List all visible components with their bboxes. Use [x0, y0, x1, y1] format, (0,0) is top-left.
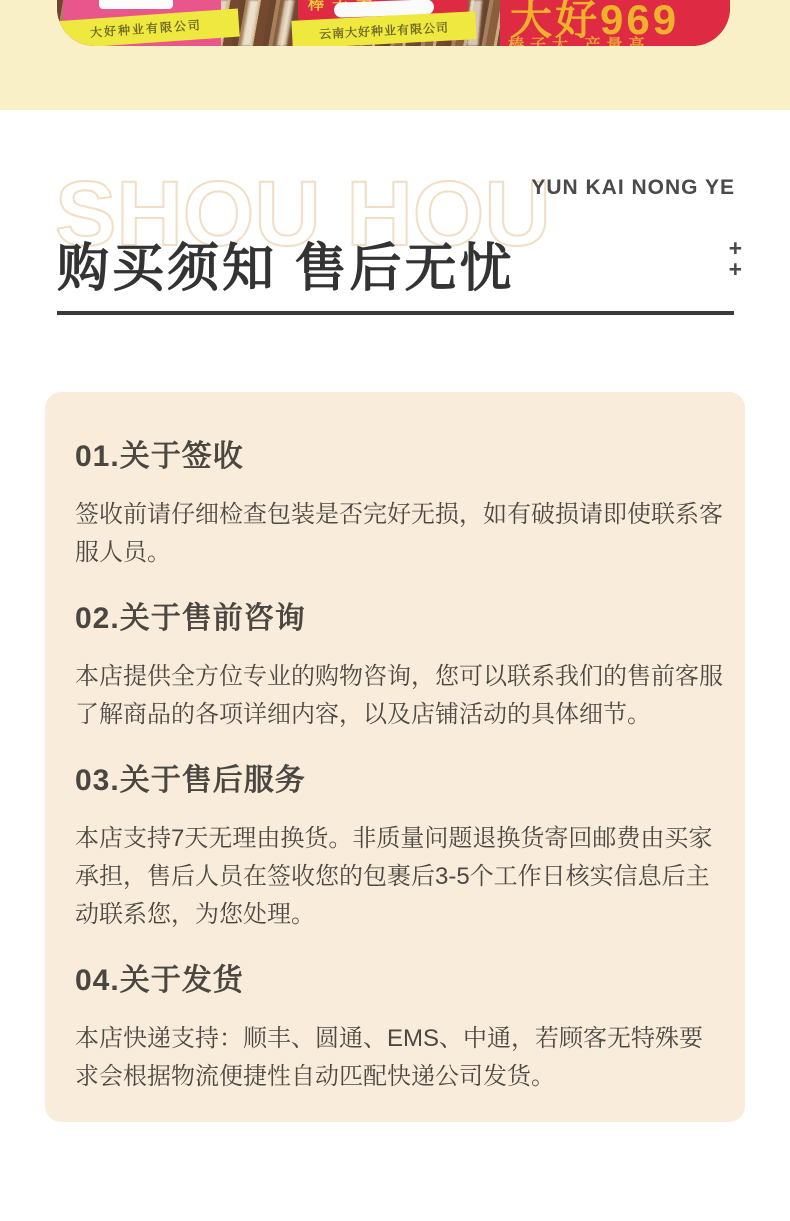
section-heading: 03.关于售后服务 [75, 764, 725, 798]
brand-text: YUN KAI NONG YE [531, 176, 735, 200]
product-photo: 大好种业有限公司 棒子大 云南大好种业有限公司 大好969 棒子大 产量高 [57, 0, 730, 46]
plus-decoration: + + [729, 238, 742, 280]
notice-section-presale: 02.关于售前咨询 本店提供全方位专业的购物咨询，您可以联系我们的售前客服了解商… [75, 602, 725, 734]
section-body: 本店提供全方位专业的购物咨询，您可以联系我们的售前客服了解商品的各项详细内容，以… [75, 658, 725, 734]
section-body: 本店支持7天无理由换货。非质量问题退换货寄回邮费由买家承担，售后人员在签收您的包… [75, 820, 725, 934]
notice-section-receipt: 01.关于签收 签收前请仔细检查包装是否完好无损，如有破损请即使联系客服人员。 [75, 440, 725, 572]
top-banner: 大好种业有限公司 棒子大 云南大好种业有限公司 大好969 棒子大 产量高 [0, 0, 790, 110]
section-header: SHOU HOU YUN KAI NONG YE 购买须知 售后无忧 + + [0, 110, 790, 392]
tag-white-chip [99, 0, 173, 9]
right-seed-tag: 大好969 棒子大 产量高 [500, 0, 730, 46]
notice-section-aftersale: 03.关于售后服务 本店支持7天无理由换货。非质量问题退换货寄回邮费由买家承担，… [75, 764, 725, 934]
center-seed-tag: 棒子大 云南大好种业有限公司 [298, 0, 468, 46]
page-title: 购买须知 售后无忧 [57, 226, 514, 301]
left-seed-tag: 大好种业有限公司 [63, 0, 221, 46]
section-body: 本店快递支持：顺丰、圆通、EMS、中通，若顾客无特殊要求会根据物流便捷性自动匹配… [75, 1020, 725, 1096]
section-body: 签收前请仔细检查包装是否完好无损，如有破损请即使联系客服人员。 [75, 496, 725, 572]
divider-line [57, 311, 734, 315]
notice-section-shipping: 04.关于发货 本店快递支持：顺丰、圆通、EMS、中通，若顾客无特殊要求会根据物… [75, 964, 725, 1096]
notice-card: 01.关于签收 签收前请仔细检查包装是否完好无损，如有破损请即使联系客服人员。 … [45, 392, 745, 1122]
left-tag-label: 大好种业有限公司 [57, 9, 240, 46]
section-heading: 02.关于售前咨询 [75, 602, 725, 636]
section-heading: 01.关于签收 [75, 440, 725, 474]
plus-icon: + [729, 259, 742, 280]
right-tag-subtitle: 棒子大 产量高 [508, 32, 650, 46]
section-heading: 04.关于发货 [75, 964, 725, 998]
